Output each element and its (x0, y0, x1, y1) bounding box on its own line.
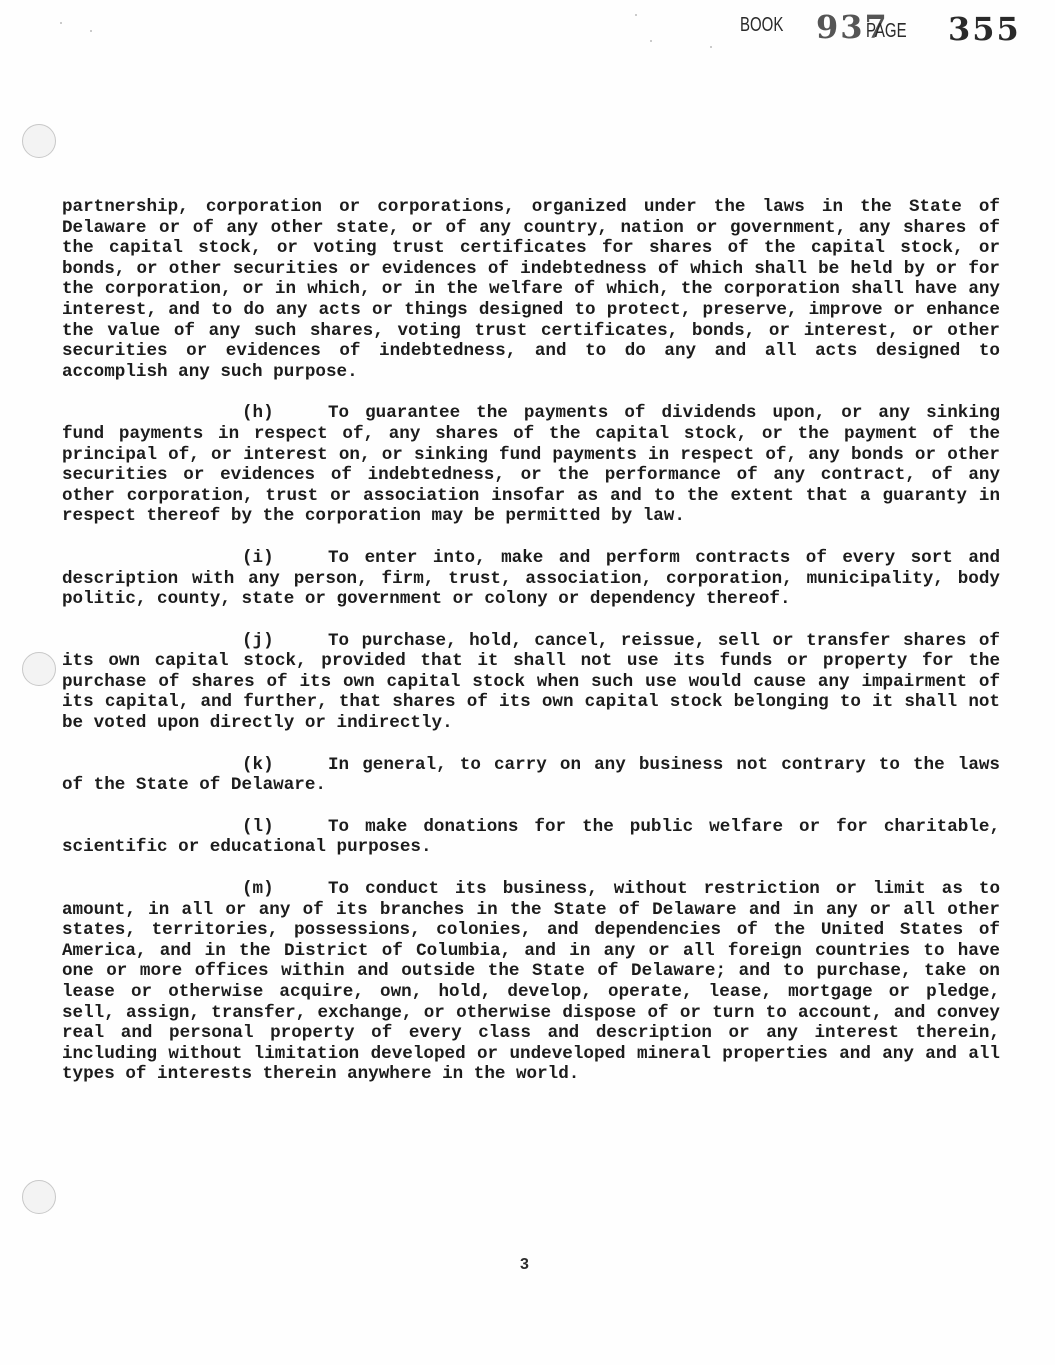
clause-marker: (m) (242, 879, 328, 900)
scan-speck (90, 30, 92, 32)
scan-speck (60, 22, 62, 24)
clause-text: To conduct its business, without restric… (62, 879, 1000, 1084)
clause-text: To make donations for the public welfare… (62, 817, 1000, 858)
punch-hole-icon (22, 1180, 56, 1214)
clause-text: To purchase, hold, cancel, reissue, sell… (62, 631, 1000, 733)
clause-text: To enter into, make and perform contract… (62, 548, 1000, 609)
clause-l: (l)To make donations for the public welf… (62, 817, 1000, 858)
document-body: partnership, corporation or corporations… (62, 197, 1000, 1106)
stamp-page-number: 355 (948, 10, 1021, 48)
page-label: PAGE (866, 20, 907, 43)
scan-speck (650, 40, 652, 42)
clause-k: (k)In general, to carry on any business … (62, 755, 1000, 796)
clause-h: (h)To guarantee the payments of dividend… (62, 403, 1000, 527)
clause-marker: (k) (242, 755, 328, 776)
clause-i: (i)To enter into, make and perform contr… (62, 548, 1000, 610)
clause-marker: (j) (242, 631, 328, 652)
clause-marker: (h) (242, 403, 328, 424)
book-label: BOOK (740, 14, 783, 37)
document-page: BOOK 937 PAGE 355 partnership, corporati… (0, 0, 1055, 1365)
clause-m: (m)To conduct its business, without rest… (62, 879, 1000, 1085)
footer-page-number: 3 (520, 1256, 529, 1274)
punch-hole-icon (22, 652, 56, 686)
clause-j: (j)To purchase, hold, cancel, reissue, s… (62, 631, 1000, 734)
clause-text: In general, to carry on any business not… (62, 755, 1000, 796)
clause-marker: (l) (242, 817, 328, 838)
scan-speck (635, 14, 637, 16)
clause-marker: (i) (242, 548, 328, 569)
continuation-paragraph: partnership, corporation or corporations… (62, 197, 1000, 382)
clause-text: To guarantee the payments of dividends u… (62, 403, 1000, 526)
scan-speck (710, 46, 712, 48)
punch-hole-icon (22, 124, 56, 158)
